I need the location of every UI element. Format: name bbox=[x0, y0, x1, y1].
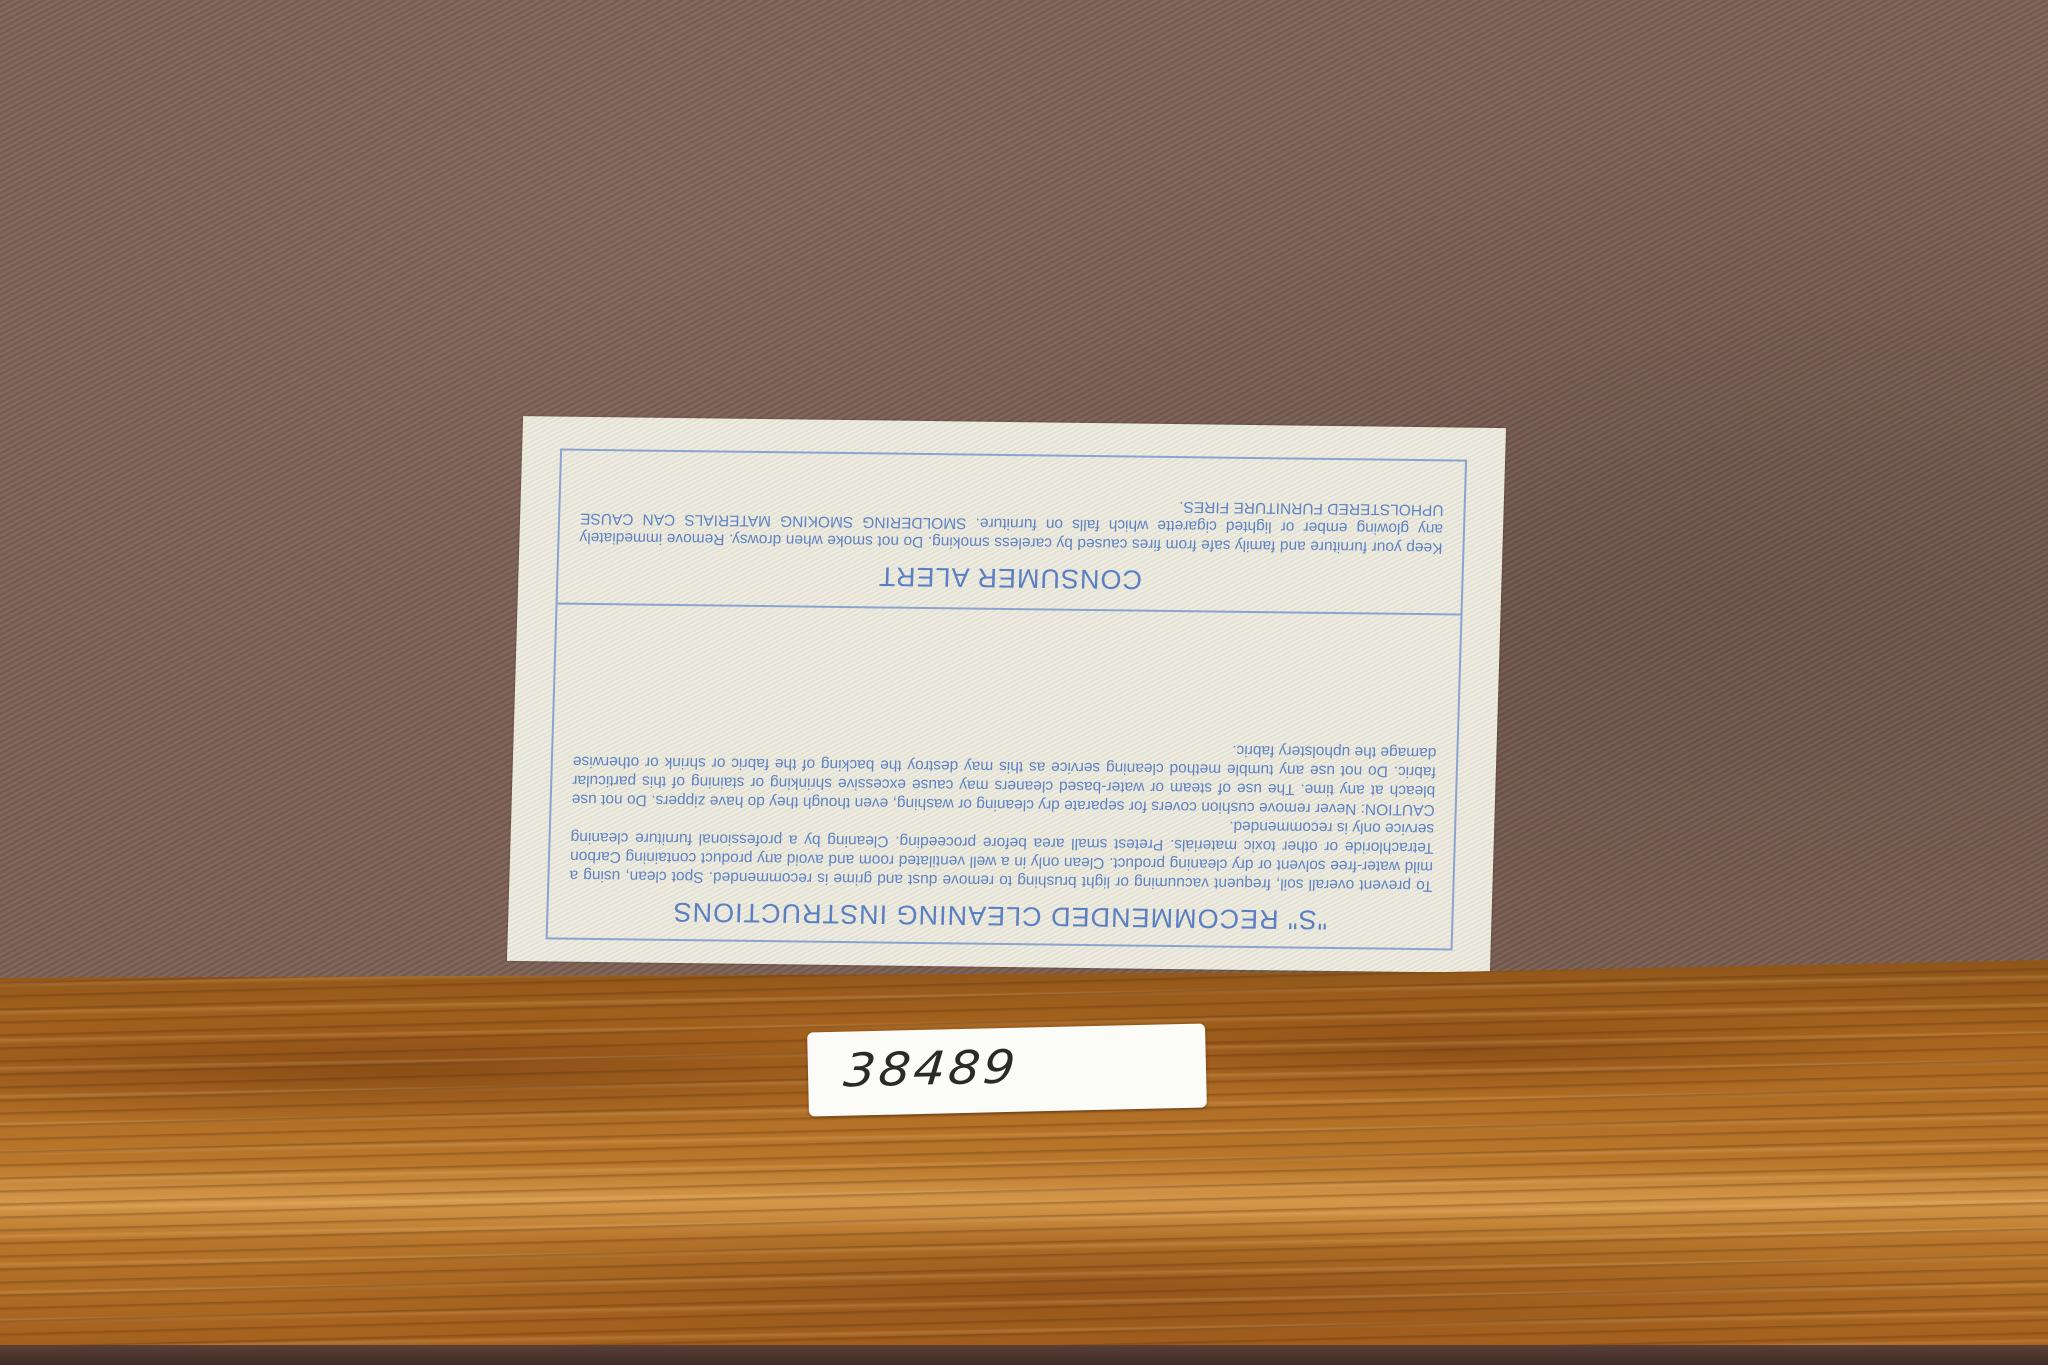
consumer-alert-title: CONSUMER ALERT bbox=[578, 557, 1442, 599]
cleaning-instructions-title: "S" RECOMMENDED CLEANING INSTRUCTIONS bbox=[568, 895, 1432, 937]
cleaning-caution-text: CAUTION: Never remove cushion covers for… bbox=[571, 733, 1436, 820]
inventory-number: 38489 bbox=[842, 1040, 1021, 1097]
cleaning-instructions-section: "S" RECOMMENDED CLEANING INSTRUCTIONS To… bbox=[568, 733, 1437, 936]
shadow-gap bbox=[0, 1345, 2048, 1365]
inventory-sticker: 38489 bbox=[807, 1023, 1207, 1116]
label-border: "S" RECOMMENDED CLEANING INSTRUCTIONS To… bbox=[546, 449, 1468, 951]
cleaning-label: "S" RECOMMENDED CLEANING INSTRUCTIONS To… bbox=[507, 416, 1506, 973]
consumer-alert-body: Keep your furniture and family safe from… bbox=[579, 490, 1444, 558]
label-divider bbox=[558, 603, 1461, 616]
cleaning-instructions-body: To prevent overall soil, frequent vacuum… bbox=[569, 809, 1434, 896]
consumer-alert-section: CONSUMER ALERT Keep your furniture and f… bbox=[578, 490, 1444, 599]
wooden-rail bbox=[0, 960, 2048, 1350]
